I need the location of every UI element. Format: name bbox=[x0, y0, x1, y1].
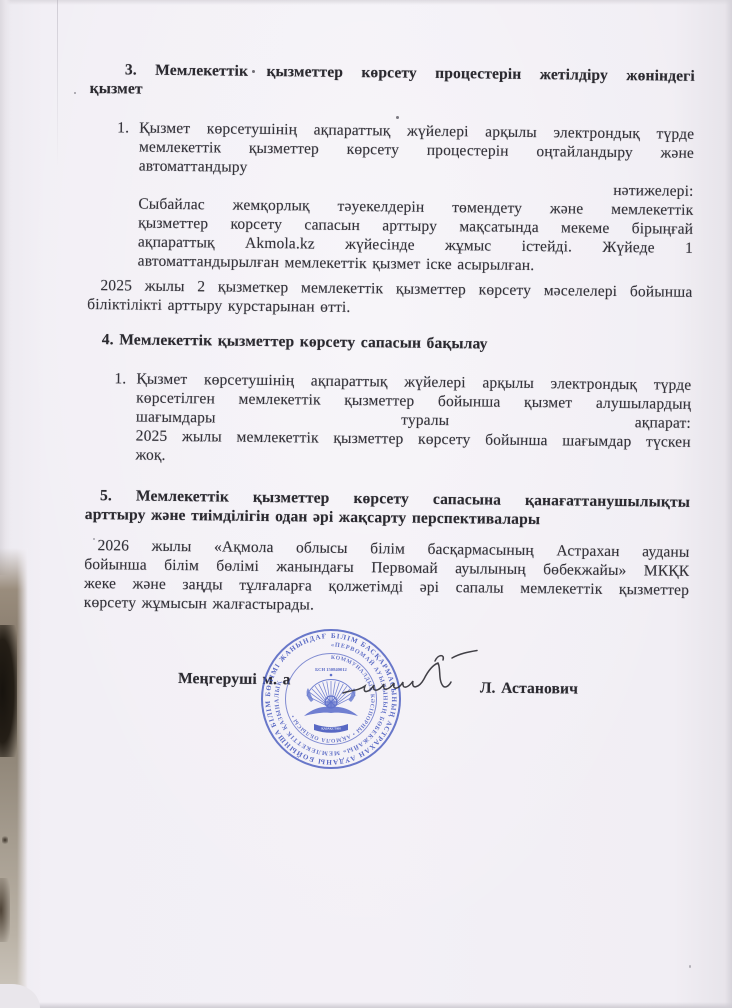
dust-speck bbox=[93, 538, 95, 540]
scan-edge-top bbox=[0, 0, 732, 5]
signer-name: Л. Астанович bbox=[480, 678, 578, 698]
scan-edge-left bbox=[0, 0, 11, 575]
stamp-banner-text: ҚАЗАҚСТАН bbox=[321, 727, 341, 731]
scan-dark-smudge bbox=[0, 548, 28, 1008]
paragraph-2025-training: 2025 жылы 2 қызметкер мемлекеттік қызмет… bbox=[87, 276, 692, 321]
section-5-heading: 5. Мемлекеттік қызметтер көрсету сапасын… bbox=[85, 486, 690, 531]
dust-speck bbox=[689, 965, 691, 968]
paragraph-2026-outlook: 2026 жылы «Ақмола облысы білім басқармас… bbox=[84, 536, 690, 619]
handwritten-signature bbox=[338, 640, 488, 704]
section-3-heading: 3. Мемлекеттік қызметтер көрсету процест… bbox=[90, 60, 695, 105]
dust-speck bbox=[252, 70, 255, 73]
list-item-text: Қызмет көрсетушінің ақпараттық жүйелері … bbox=[138, 119, 695, 277]
scan-edge-right bbox=[725, 0, 732, 1008]
section-3-item-1: 1. Қызмет көрсетушінің ақпараттық жүйеле… bbox=[88, 118, 695, 277]
scanned-document-page: 3. Мемлекеттік қызметтер көрсету процест… bbox=[0, 0, 732, 1008]
ink-blot bbox=[2, 836, 8, 844]
ink-blot bbox=[0, 625, 17, 757]
dust-speck bbox=[396, 116, 399, 119]
ink-blot bbox=[0, 878, 10, 942]
dust-speck bbox=[74, 92, 76, 94]
page-corner bbox=[0, 984, 40, 1008]
section-4-heading: 4. Мемлекеттік қызметтер көрсету сапасын… bbox=[87, 330, 692, 356]
paper-crease bbox=[57, 0, 58, 168]
list-item-number: 1. bbox=[114, 369, 136, 388]
document-body: 3. Мемлекеттік қызметтер көрсету процест… bbox=[0, 0, 732, 701]
scan-edge-bottom bbox=[0, 1002, 732, 1008]
section-4-item-1: 1. Қызмет көрсетушінің ақпараттық жүйеле… bbox=[85, 369, 691, 471]
list-item-number: 1. bbox=[117, 118, 139, 137]
list-item-text: Қызмет көрсетушінің ақпараттық жүйелері … bbox=[135, 370, 691, 471]
